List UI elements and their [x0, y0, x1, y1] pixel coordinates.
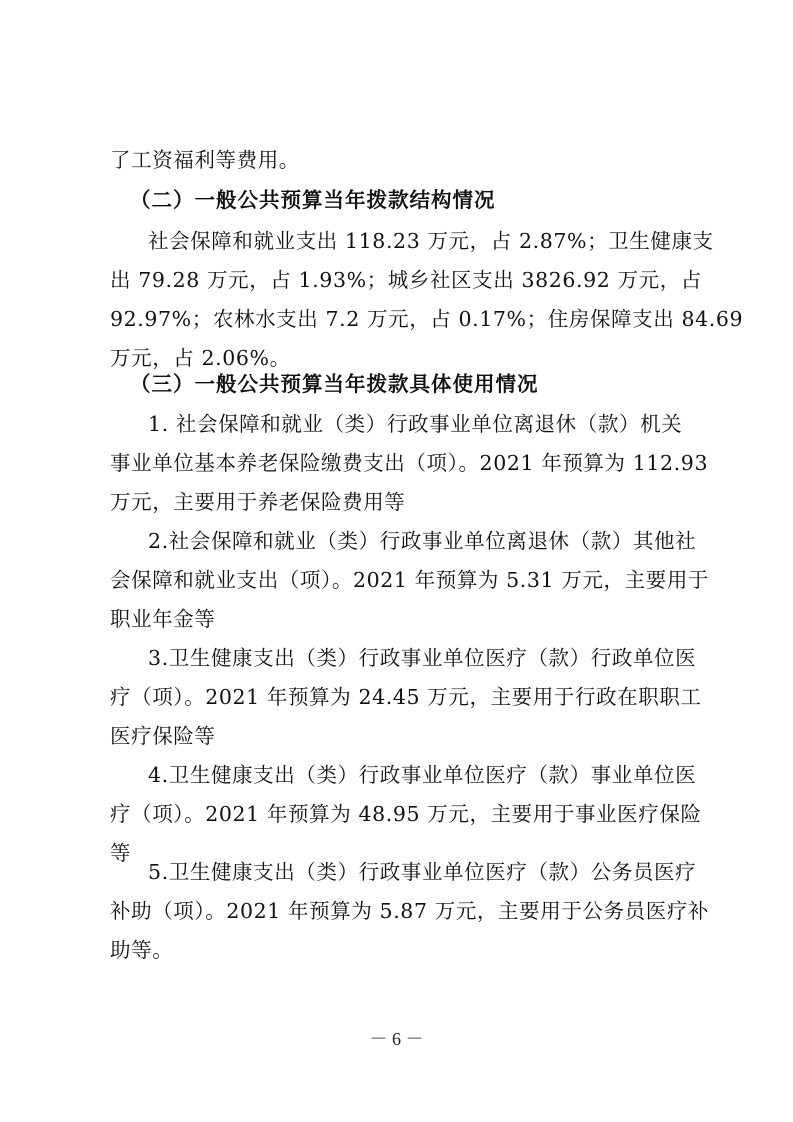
page-number: － 6 －	[0, 1025, 793, 1051]
usage-item-5-line-2: 补助（项）。2021 年预算为 5.87 万元，主要用于公务员医疗补	[110, 897, 695, 925]
usage-item-1-line-3: 万元，主要用于养老保险费用等	[110, 488, 695, 516]
structure-paragraph-line-3: 92.97%；农林水支出 7.2 万元，占 0.17%；住房保障支出 84.69	[110, 305, 695, 333]
usage-item-3-line-2: 疗（项）。2021 年预算为 24.45 万元，主要用于行政在职职工	[110, 683, 695, 711]
structure-paragraph-line-2: 出 79.28 万元，占 1.93%；城乡社区支出 3826.92 万元，占	[110, 266, 695, 294]
usage-item-3-line-1: 3.卫生健康支出（类）行政事业单位医疗（款）行政单位医	[148, 644, 733, 672]
usage-item-4-line-2: 疗（项）。2021 年预算为 48.95 万元，主要用于事业医疗保险	[110, 800, 695, 828]
structure-paragraph-line-4: 万元，占 2.06%。	[110, 344, 695, 372]
section-heading-usage: （三）一般公共预算当年拨款具体使用情况	[130, 370, 715, 398]
usage-item-2-line-2: 会保障和就业支出（项）。2021 年预算为 5.31 万元，主要用于	[110, 566, 695, 594]
usage-item-5-line-3: 助等。	[110, 936, 695, 964]
document-page: 了工资福利等费用。 （二）一般公共预算当年拨款结构情况 社会保障和就业支出 11…	[0, 0, 793, 1122]
structure-paragraph-line-1: 社会保障和就业支出 118.23 万元，占 2.87%；卫生健康支	[148, 227, 695, 255]
usage-item-1-line-1: 1. 社会保障和就业（类）行政事业单位离退休（款）机关	[148, 410, 733, 438]
usage-item-5-line-1: 5.卫生健康支出（类）行政事业单位医疗（款）公务员医疗	[148, 858, 733, 886]
usage-item-4-line-1: 4.卫生健康支出（类）行政事业单位医疗（款）事业单位医	[148, 761, 733, 789]
usage-item-3-line-3: 医疗保险等	[110, 722, 695, 750]
usage-item-2-line-3: 职业年金等	[110, 605, 695, 633]
usage-item-2-line-1: 2.社会保障和就业（类）行政事业单位离退休（款）其他社	[148, 527, 733, 555]
section-heading-structure: （二）一般公共预算当年拨款结构情况	[130, 186, 715, 214]
paragraph-continuation: 了工资福利等费用。	[110, 146, 695, 174]
usage-item-1-line-2: 事业单位基本养老保险缴费支出（项）。2021 年预算为 112.93	[110, 449, 695, 477]
